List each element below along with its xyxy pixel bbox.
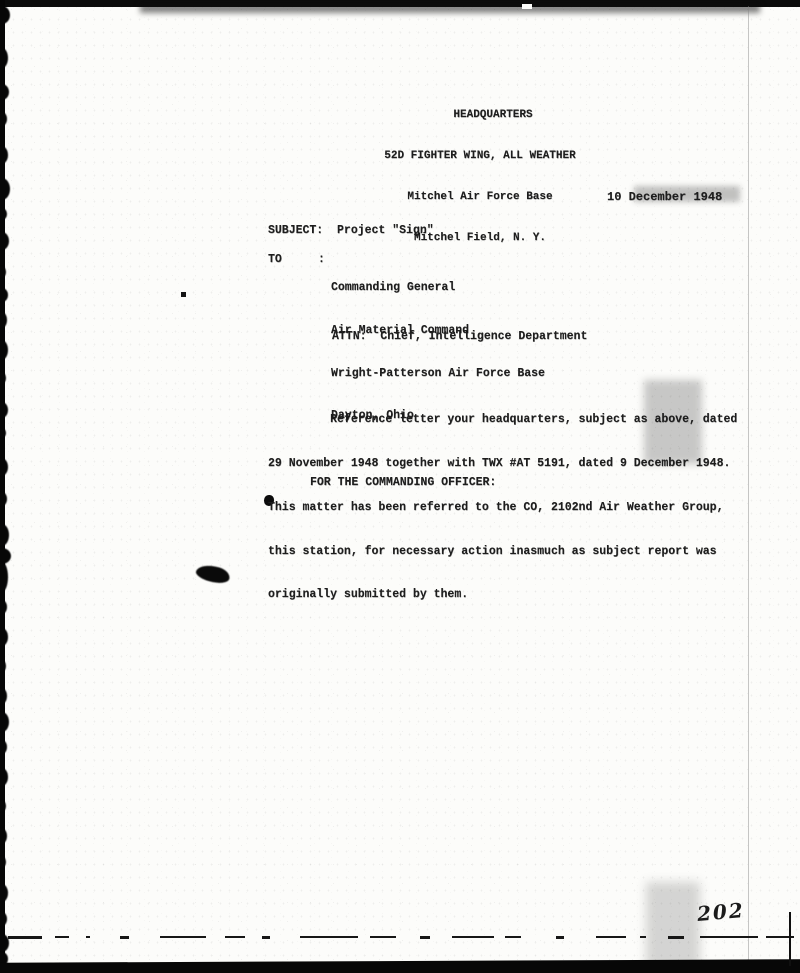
scan-artifact-left-blob [0, 208, 7, 220]
scan-artifact-corner-line [789, 912, 791, 966]
scan-artifact-left-blob [0, 112, 7, 126]
scan-artifact-dash-segment [225, 936, 245, 938]
scan-artifact-left-blob [0, 856, 6, 868]
scan-artifact-left-blob [0, 312, 7, 328]
scan-artifact-dash-segment [420, 936, 430, 939]
body-paragraph: Reference letter your headquarters, subj… [268, 384, 737, 632]
body-line: Reference letter your headquarters, subj… [268, 413, 737, 428]
scan-artifact-left-blob [0, 740, 7, 754]
ink-blot [194, 562, 231, 587]
scan-artifact-left-blob [0, 6, 10, 24]
scan-artifact-left-blob [0, 232, 9, 250]
scan-artifact-dash-segment [262, 936, 270, 939]
scan-artifact-left-blob [0, 288, 8, 302]
scan-artifact-left-blob [0, 428, 6, 438]
letterhead-line-3: Mitchel Air Force Base [352, 191, 608, 205]
recipient-line-3: Wright-Patterson Air Force Base [331, 367, 545, 381]
scan-artifact-dash-segment [640, 936, 646, 938]
scan-artifact-left-blob [0, 828, 7, 844]
body-line: This matter has been referred to the CO,… [268, 501, 737, 516]
scan-artifact-left-blob [0, 372, 6, 384]
scan-artifact-dash-segment [505, 936, 521, 938]
scan-artifact-left-blob [0, 524, 9, 546]
scan-artifact-left-blob [0, 884, 8, 902]
letterhead-line-2: 52D FIGHTER WING, ALL WEATHER [352, 150, 608, 164]
scan-artifact-top-notch [522, 4, 532, 9]
scan-artifact-left-blob [0, 628, 8, 646]
letterhead-line-1: HEADQUARTERS [378, 109, 608, 123]
scan-artifact-dash-segment [55, 936, 69, 938]
ink-speck [181, 292, 186, 297]
scan-artifact-left-blob [0, 800, 6, 812]
scan-artifact-dash-segment [160, 936, 206, 938]
letter-date: 10 December 1948 [607, 190, 722, 204]
scan-artifact-left-blob [0, 492, 7, 506]
scan-artifact-dash-segment [452, 936, 494, 938]
scan-artifact-fold-line [748, 6, 749, 963]
body-line: this station, for necessary action inasm… [268, 545, 737, 560]
scan-artifact-left-blob [0, 912, 7, 926]
scan-artifact-left-blob [0, 458, 8, 476]
scanned-letter-page: HEADQUARTERS 52D FIGHTER WING, ALL WEATH… [0, 0, 800, 973]
closing-line: FOR THE COMMANDING OFFICER: [310, 476, 496, 490]
scan-artifact-left-blob [0, 340, 8, 360]
scan-artifact-dash-segment [700, 936, 758, 938]
body-line: 29 November 1948 together with TWX #AT 5… [268, 457, 737, 472]
scan-artifact-dash-segment [120, 936, 129, 939]
scan-artifact-left-blob [0, 562, 8, 592]
scan-artifact-dash-segment [668, 936, 684, 939]
scan-artifact-left-blob [0, 600, 7, 614]
body-line: originally submitted by them. [268, 588, 737, 603]
scan-artifact-left-blob [0, 660, 6, 672]
scan-artifact-left-blob [0, 712, 9, 732]
scan-artifact-dash-segment [300, 936, 358, 938]
scan-artifact-left-blob [0, 688, 7, 704]
scan-artifact-left-blob [0, 402, 8, 418]
to-colon: : [318, 253, 325, 267]
scan-artifact-left-blob [0, 178, 10, 200]
scan-artifact-dash-segment [370, 936, 396, 938]
scan-artifact-dash-segment [8, 936, 42, 939]
scan-artifact-top-shadow [140, 3, 760, 13]
recipient-line-1: Commanding General [331, 281, 545, 295]
subject-line: SUBJECT: Project "Sign" [268, 224, 434, 238]
letterhead: HEADQUARTERS 52D FIGHTER WING, ALL WEATH… [352, 82, 608, 272]
scan-artifact-left-blob [0, 48, 8, 68]
scan-artifact-bottom-edge [0, 959, 800, 973]
scan-artifact-left-blob [0, 84, 9, 100]
scan-smudge-bottom [646, 882, 700, 968]
scan-artifact-dash-segment [86, 936, 90, 938]
attn-line: ATTN: Chief, Intelligence Department [332, 330, 587, 344]
scan-artifact-left-blob [0, 266, 6, 278]
scan-artifact-left-blob [0, 146, 8, 164]
handwritten-page-number: 202 [696, 898, 746, 926]
scan-artifact-left-blob [0, 768, 8, 786]
to-label: TO [268, 253, 282, 267]
scan-artifact-dash-segment [596, 936, 626, 938]
scan-artifact-dash-segment [556, 936, 564, 939]
